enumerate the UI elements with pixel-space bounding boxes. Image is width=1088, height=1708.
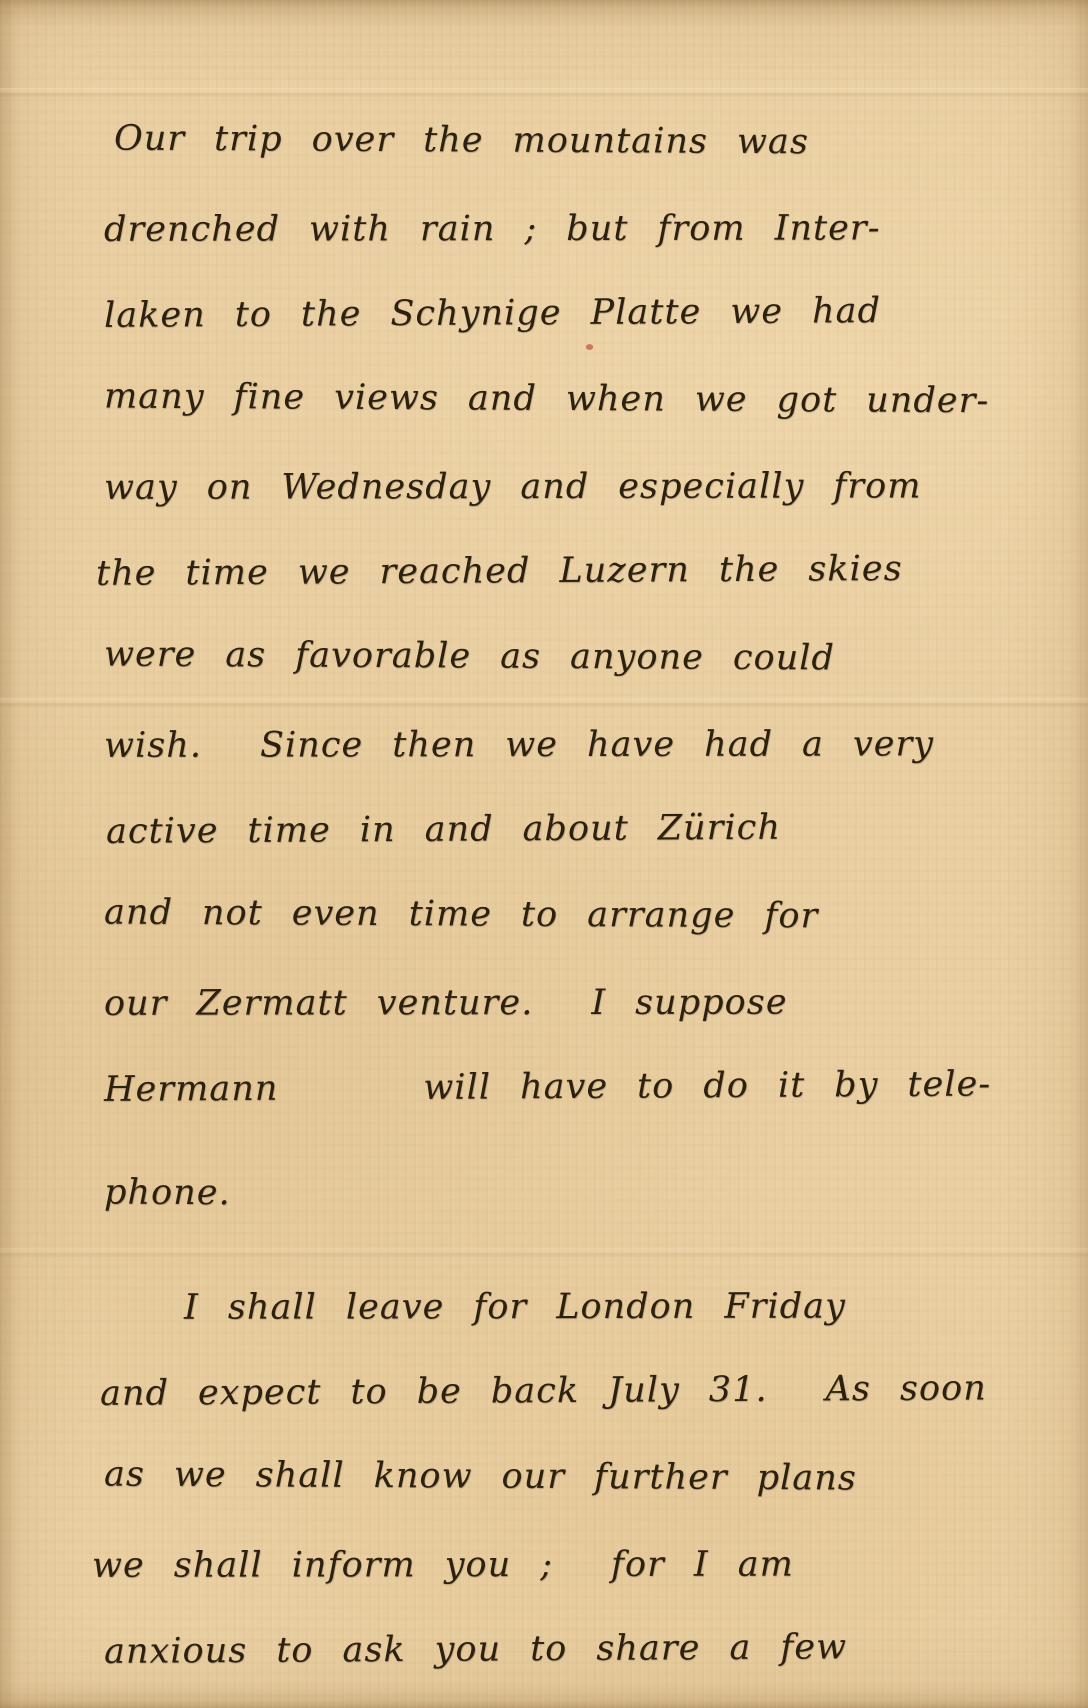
letter-line-text: were as favorable as anyone could — [104, 635, 835, 679]
letter-line: active time in and about Zürich — [106, 783, 1039, 875]
letter-line-text: as we shall know our further plans — [104, 1455, 857, 1499]
letter-line: we shall inform you ; for I am — [92, 1521, 1038, 1609]
letter-line: anxious to ask you to share a few — [104, 1603, 1039, 1695]
letter-line: I shall leave for London Friday — [184, 1263, 1038, 1350]
letter-line: many fine views and when we got under- — [104, 354, 1038, 445]
letter-line: and not even time to arrange for — [104, 870, 1038, 961]
letter-line: our Zermatt venture. I suppose — [104, 959, 1038, 1047]
letter-line-text: way on Wednesday and especially from — [104, 466, 922, 507]
letter-line-text: we shall inform you ; for I am — [92, 1545, 794, 1586]
letter-line-text: I shall leave for London Friday — [184, 1287, 846, 1328]
letter-line: as we shall know our further plans — [104, 1432, 1038, 1523]
letter-body: Our trip over the mountains wasdrenched … — [0, 0, 1088, 1692]
letter-line-text: and not even time to arrange for — [104, 893, 818, 937]
letter-line-text: laken to the Schynige Platte we had — [104, 291, 881, 336]
letter-line: drenched with rain ; but from Inter- — [104, 185, 1038, 273]
letter-line-text: drenched with rain ; but from Inter- — [104, 208, 881, 249]
letter-line: Our trip over the mountains was — [114, 96, 1038, 187]
letter-line: way on Wednesday and especially from — [104, 443, 1038, 531]
letter-line-text: phone. — [104, 1173, 231, 1214]
letter-line-text: the time we reached Luzern the skies — [96, 549, 903, 594]
letter-line-text: our Zermatt venture. I suppose — [104, 983, 788, 1024]
letter-line-text: anxious to ask you to share a few — [104, 1627, 847, 1672]
letter-line: wish. Since then we have had a very — [104, 701, 1038, 789]
letter-line-text: and expect to be back July 31. As soon — [100, 1368, 987, 1413]
letter-line: the time we reached Luzern the skies — [96, 525, 1039, 617]
letter-line: laken to the Schynige Platte we had — [104, 267, 1039, 359]
letter-line: Hermann will have to do it by tele- — [104, 1041, 1039, 1133]
letter-page: Our trip over the mountains wasdrenched … — [0, 0, 1088, 1708]
letter-line-text: wish. Since then we have had a very — [104, 724, 934, 765]
letter-line-text: Hermann will have to do it by tele- — [104, 1064, 991, 1109]
letter-line: and expect to be back July 31. As soon — [100, 1345, 1039, 1437]
letter-line-text: active time in and about Zürich — [106, 808, 781, 852]
letter-line: were as favorable as anyone could — [104, 612, 1038, 703]
letter-line-text: Our trip over the mountains was — [114, 119, 809, 163]
letter-line-text: many fine views and when we got under- — [104, 377, 989, 422]
letter-line: phone. — [104, 1150, 1038, 1241]
